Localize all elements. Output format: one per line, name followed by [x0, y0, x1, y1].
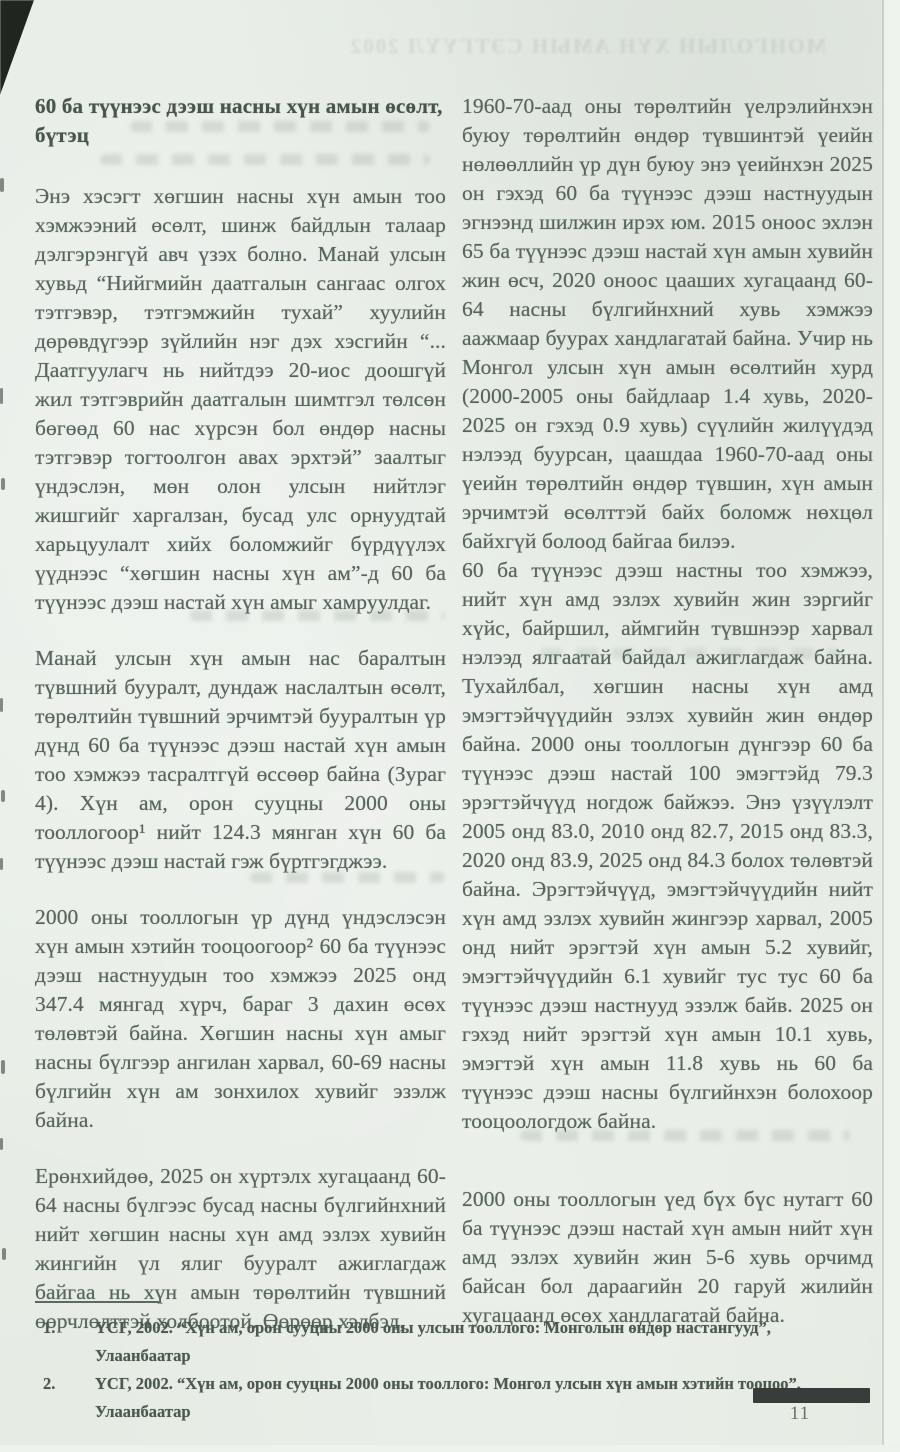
scanned-document-page: МОНГОЛЫН ХҮН АМЫН СЭТГҮҮЛ 2002 60 ба түү…: [0, 0, 900, 1452]
footnote-text: ҮСГ, 2002. “Хүн ам, орон сууцны 2000 оны…: [95, 1370, 815, 1426]
paragraph: Манай улсын хүн амын нас баралтын түвшни…: [35, 644, 446, 876]
scan-speck: [1, 478, 5, 490]
end-of-section-bar: [753, 1388, 870, 1403]
scan-speck: [0, 1138, 3, 1150]
paragraph: Ерөнхийдөө, 2025 он хүртэлх хугацаанд 60…: [35, 1162, 446, 1336]
page-edge-bottom: [0, 1445, 900, 1452]
paragraph: Энэ хэсэгт хөгшин насны хүн амын тоо хэм…: [35, 182, 446, 617]
paragraph: 2000 оны тооллогын үед бүх бүс нутагт 60…: [462, 1185, 873, 1330]
bleed-through-header: МОНГОЛЫН ХҮН АМЫН СЭТГҮҮЛ 2002: [295, 34, 880, 59]
footnote-text: ҮСГ, 2002. “Хүн ам, орон сууцны 2000 оны…: [95, 1314, 815, 1370]
scan-speck: [2, 1248, 6, 1260]
scan-speck: [0, 388, 3, 404]
footnote-number: 1.: [35, 1314, 95, 1342]
page-number: 11: [778, 1403, 822, 1425]
footnote-number: 2.: [35, 1370, 95, 1398]
scan-corner-artifact: [0, 0, 40, 100]
paragraph: 1960-70-аад оны төрөлтийн үелрэлийнхэн б…: [462, 92, 873, 556]
footnotes: 1. ҮСГ, 2002. “Хүн ам, орон сууцны 2000 …: [35, 1314, 855, 1426]
scan-speck: [0, 178, 4, 192]
footnote-separator-rule: [35, 1301, 159, 1303]
paragraph: 60 ба түүнээс дээш настны тоо хэмжээ, ни…: [462, 556, 873, 1136]
section-heading: 60 ба түүнээс дээш насны хүн амын өсөлт,…: [35, 92, 446, 150]
page-edge-right: [882, 0, 900, 1452]
scan-speck: [1, 1060, 5, 1074]
footnote-item: 2. ҮСГ, 2002. “Хүн ам, орон сууцны 2000 …: [35, 1370, 855, 1426]
scan-speck: [0, 858, 3, 870]
scan-speck: [0, 698, 3, 712]
footnote-item: 1. ҮСГ, 2002. “Хүн ам, орон сууцны 2000 …: [35, 1314, 855, 1370]
paragraph: 2000 оны тооллогын үр дүнд үндэслэсэн хү…: [35, 903, 446, 1135]
right-column: 1960-70-аад оны төрөлтийн үелрэлийнхэн б…: [462, 92, 873, 1330]
scan-speck: [1, 790, 5, 802]
left-column: 60 ба түүнээс дээш насны хүн амын өсөлт,…: [35, 92, 446, 1363]
